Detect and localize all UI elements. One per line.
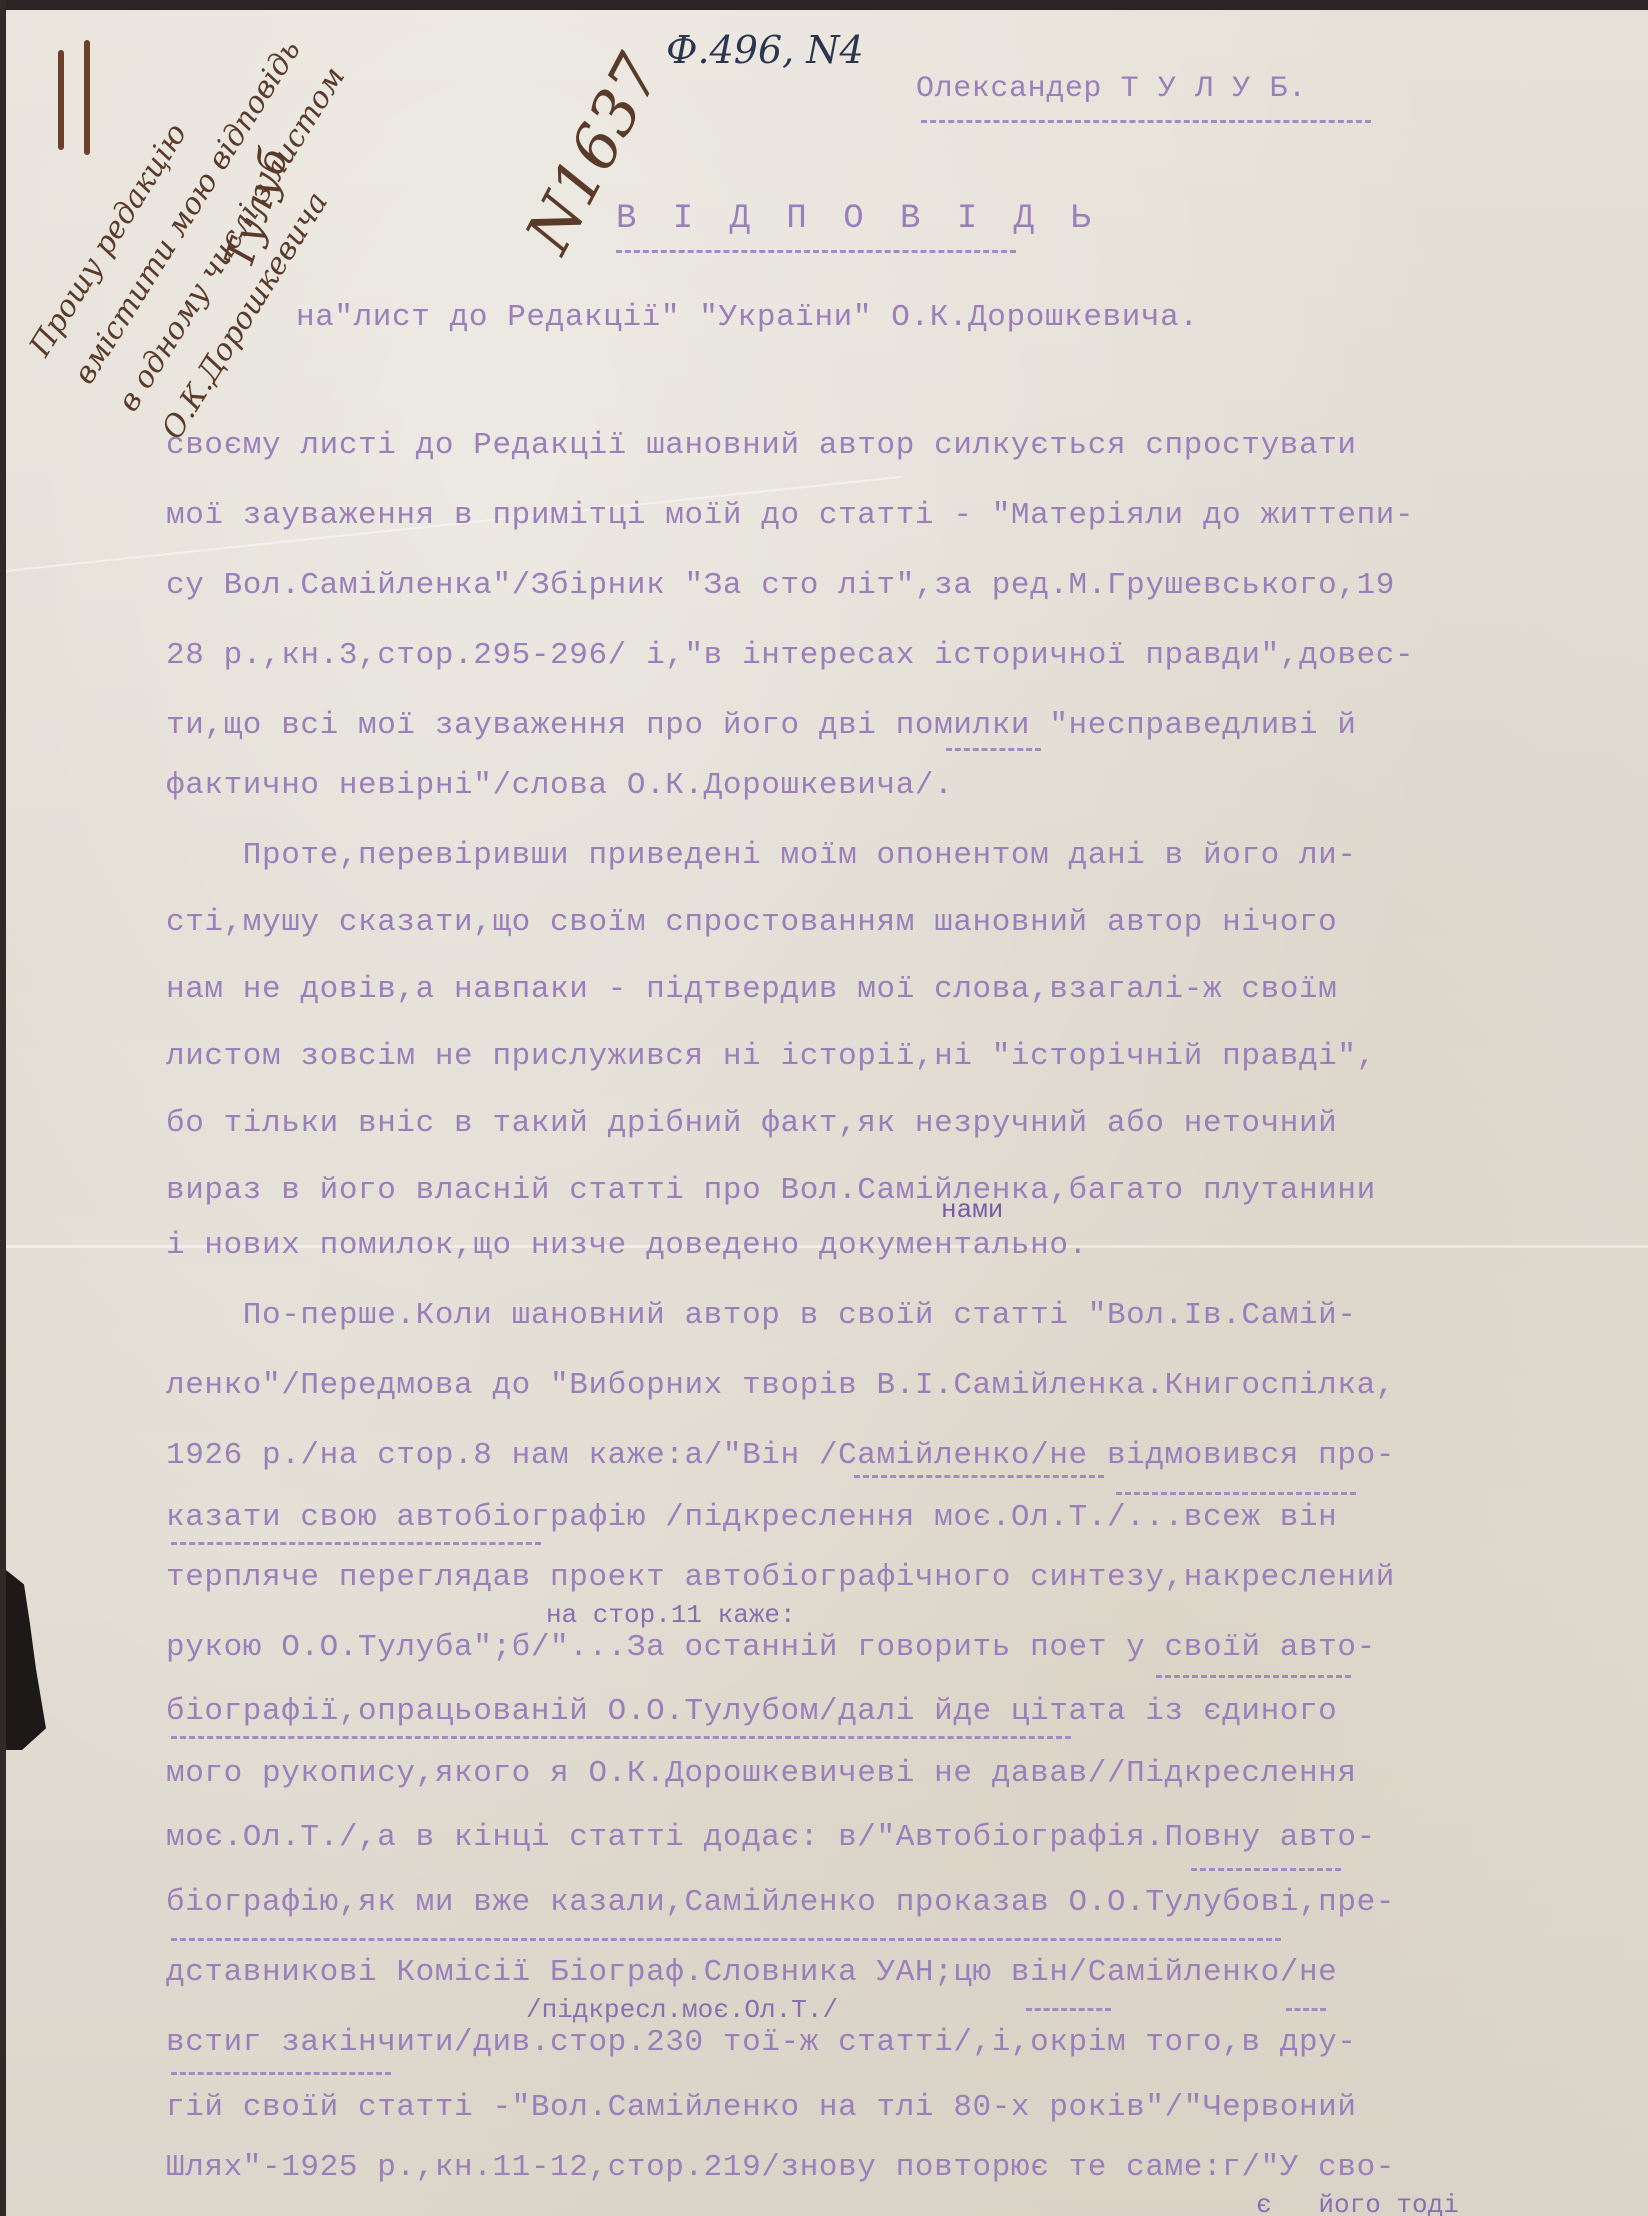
- underline: [171, 2072, 391, 2075]
- document-title: В І Д П О В І Д Ь: [616, 200, 1099, 238]
- body-line: ти,що всі мої зауваження про його дві по…: [166, 708, 1357, 743]
- body-line: Шлях"-1925 р.,кн.11-12,стор.219/знову по…: [166, 2150, 1395, 2185]
- body-line: терпляче переглядав проект автобіографіч…: [166, 1560, 1395, 1595]
- title-underline: [616, 250, 1016, 253]
- body-line: вираз в його власній статті про Вол.Самі…: [166, 1173, 1376, 1208]
- body-line: бо тільки вніс в такий дрібний факт,як н…: [166, 1106, 1337, 1141]
- body-line: біографію,як ми вже казали,Самійленко пр…: [166, 1885, 1395, 1920]
- underline: [171, 1542, 541, 1545]
- body-line: і нових помилок,що низче доведено докуме…: [166, 1228, 1088, 1263]
- author-heading: Олександер Т У Л У Б.: [916, 72, 1307, 106]
- document-page: Прошу редакцію вмістити мою відповідь в …: [6, 10, 1648, 2216]
- body-line: нам не довів,а навпаки - підтвердив мої …: [166, 972, 1337, 1007]
- body-line: Проте,перевіривши приведені моїм опонент…: [166, 838, 1357, 873]
- body-line: мої зауваження в примітці моїй до статті…: [166, 498, 1414, 533]
- body-line: мого рукопису,якого я О.К.Дорошкевичеві …: [166, 1756, 1357, 1791]
- underline: [171, 1736, 1071, 1739]
- margin-mark: [58, 50, 64, 150]
- body-line: листом зовсім не прислужився ні історії,…: [166, 1039, 1376, 1074]
- body-line: встиг закінчити/див.стор.230 тої-ж статт…: [166, 2025, 1357, 2060]
- insertion-bottom: є його тоді: [1256, 2190, 1459, 2216]
- underline: [1116, 1492, 1356, 1495]
- underline: [1286, 2008, 1326, 2011]
- torn-edge: [6, 1570, 46, 1750]
- document-subtitle: на"лист до Редакції" "України" О.К.Дорош…: [296, 300, 1199, 335]
- body-line: казати свою автобіографію /підкреслення …: [166, 1500, 1337, 1535]
- handwritten-margin-note: Прошу редакцію вмістити мою відповідь в …: [16, 1, 404, 450]
- archive-fond-mark: Ф.496, N4: [666, 28, 864, 72]
- underline: [854, 1475, 1104, 1478]
- underline: [946, 748, 1041, 751]
- body-line: По-перше.Коли шановний автор в своїй ста…: [166, 1298, 1357, 1333]
- insertion-page-ref: на стор.11 каже:: [546, 1600, 796, 1630]
- underline: [171, 1938, 1281, 1941]
- underline: [1026, 2008, 1111, 2011]
- body-line: 1926 р./на стор.8 нам каже:а/"Він /Самій…: [166, 1438, 1395, 1473]
- underline: [921, 120, 1371, 123]
- body-line: дставникові Комісії Біограф.Словника УАН…: [166, 1955, 1337, 1990]
- margin-mark: [84, 40, 90, 155]
- insertion-nami: нами: [941, 1195, 1003, 1225]
- body-line: рукою О.О.Тулуба";б/"...За останній гово…: [166, 1630, 1376, 1665]
- underline: [1191, 1868, 1341, 1871]
- body-line: су Вол.Самійленка"/Збірник "За сто літ",…: [166, 568, 1395, 603]
- body-line: своєму листі до Редакції шановний автор …: [166, 428, 1357, 463]
- body-line: 28 р.,кн.3,стор.295-296/ і,"в інтересах …: [166, 638, 1414, 673]
- body-line: моє.Ол.Т./,а в кінці статті додає: в/"Ав…: [166, 1820, 1376, 1855]
- body-line: ленко"/Передмова до "Виборних творів В.І…: [166, 1368, 1395, 1403]
- body-line: гій своїй статті -"Вол.Самійленко на тлі…: [166, 2090, 1357, 2125]
- insertion-underline-note: /підкресл.моє.Ол.Т./: [526, 1995, 838, 2025]
- body-line: біографії,опрацьованій О.О.Тулубом/далі …: [166, 1694, 1337, 1729]
- underline: [1156, 1675, 1351, 1678]
- body-line: фактично невірні"/слова О.К.Дорошкевича/…: [166, 768, 953, 803]
- body-line: сті,мушу сказати,що своїм спростованням …: [166, 905, 1337, 940]
